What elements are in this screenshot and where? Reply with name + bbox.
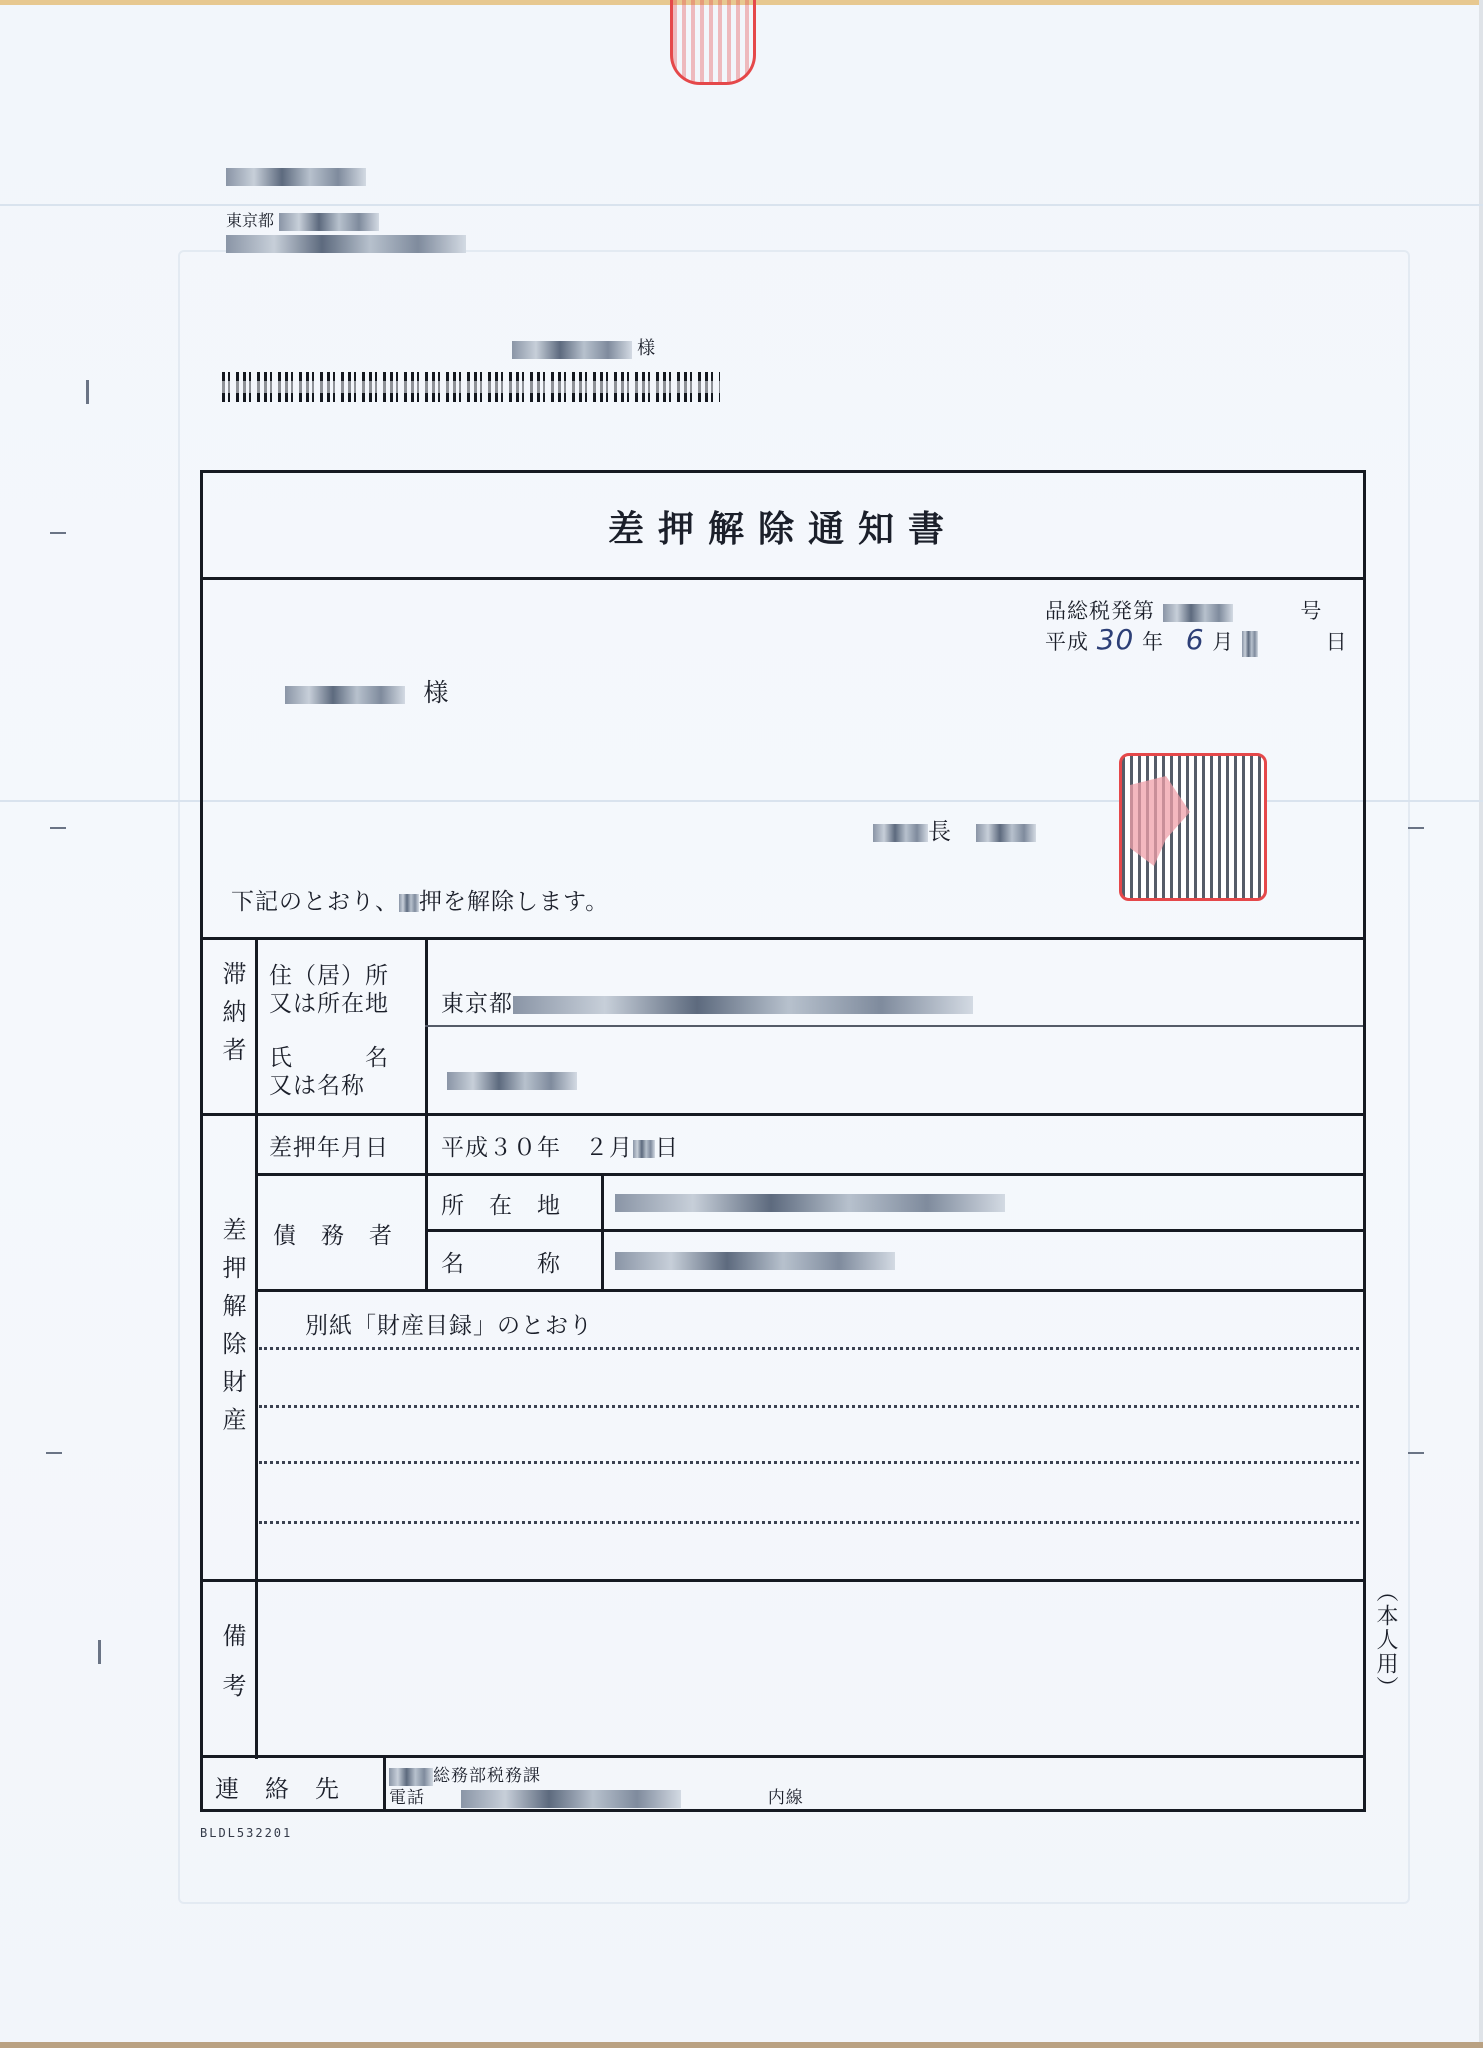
field-label-divider xyxy=(425,1113,428,1289)
paper-edge-bottom xyxy=(0,2042,1483,2048)
delinquent-name xyxy=(447,1067,577,1093)
redacted-postal-code xyxy=(226,168,366,186)
name-label-2: 又は名称 xyxy=(269,1067,365,1100)
redacted-address-value xyxy=(513,996,973,1014)
margin-mark xyxy=(86,380,89,404)
form-code: BLDL532201 xyxy=(200,1826,292,1840)
postal-code xyxy=(226,166,366,186)
redacted-debtor-name xyxy=(615,1252,895,1270)
contact-phone: 電話 内線 xyxy=(389,1783,804,1808)
date-era: 平成 xyxy=(1045,630,1089,654)
property-line xyxy=(259,1521,1359,1524)
paper-edge-right xyxy=(1479,0,1483,2048)
issuer-title: 長 xyxy=(928,819,952,845)
property-line xyxy=(259,1347,1359,1350)
official-seal-icon xyxy=(1119,753,1267,901)
table-top xyxy=(203,937,1363,940)
date-year-unit: 年 xyxy=(1142,630,1164,654)
release-notice-form: 差押解除通知書 品総税発第 号 平成 30 年 6 月 日 様 長 xyxy=(200,470,1366,1812)
margin-mark xyxy=(46,1452,62,1454)
margin-mark xyxy=(50,532,66,534)
address-value-prefix: 東京都 xyxy=(441,991,513,1017)
recipient-honorific: 様 xyxy=(637,338,655,359)
redacted-issuer-name xyxy=(976,824,1036,842)
section-divider xyxy=(203,1755,1363,1758)
statement: 下記のとおり、押を解除します。 xyxy=(231,883,609,916)
row-divider xyxy=(255,1289,1363,1292)
contact-label: 連 絡 先 xyxy=(215,1769,340,1804)
redacted-phone xyxy=(461,1790,681,1808)
redacted-recipient xyxy=(512,341,632,359)
partial-red-seal-icon xyxy=(670,0,756,85)
address-label-2: 又は所在地 xyxy=(269,985,389,1018)
redacted-location xyxy=(615,1194,1005,1212)
envelope-address: 東京都 xyxy=(226,208,466,253)
redacted-office xyxy=(873,824,928,842)
issue-date: 平成 30 年 6 月 日 xyxy=(1045,623,1348,657)
extension-label: 内線 xyxy=(768,1788,804,1808)
date-month: 6 xyxy=(1186,623,1205,656)
barcode-overlay xyxy=(222,372,720,402)
reference-prefix: 品総税発第 xyxy=(1045,599,1155,623)
paper-sheet: 東京都 様 差押解除通知書 品総税発第 号 平成 30 年 6 月 日 xyxy=(0,0,1483,2048)
envelope-recipient: 様 xyxy=(512,334,655,360)
statement-after: 押を解除します。 xyxy=(419,889,609,915)
property-line xyxy=(259,1461,1359,1464)
debtor-name-label: 名 称 xyxy=(441,1245,561,1278)
location-label: 所 在 地 xyxy=(441,1187,561,1220)
remarks-label: 備考 xyxy=(215,1623,250,1723)
margin-mark xyxy=(1408,1452,1424,1454)
delinquent-address: 東京都 xyxy=(441,985,973,1018)
issuer: 長 xyxy=(873,813,1036,846)
seizure-date-prefix: 平成３０年 ２月 xyxy=(441,1135,633,1161)
redacted-address-line-2 xyxy=(226,235,466,253)
property-line-1: 別紙「財産目録」のとおり xyxy=(305,1307,593,1340)
bleed-through-line xyxy=(0,204,1483,206)
delinquent-section-label: 滞納者 xyxy=(215,961,250,1075)
document-title: 差押解除通知書 xyxy=(203,501,1363,552)
phone-label: 電話 xyxy=(389,1788,425,1808)
row-divider xyxy=(255,1173,1363,1176)
addressee-honorific: 様 xyxy=(423,678,449,707)
row-divider xyxy=(425,1229,1363,1232)
addressee: 様 xyxy=(285,673,449,709)
debtor-location xyxy=(615,1189,1005,1215)
row-divider xyxy=(425,1025,1363,1027)
redacted-addressee xyxy=(285,686,405,704)
contact-divider xyxy=(383,1755,386,1811)
address-prefix: 東京都 xyxy=(226,211,274,230)
seizure-date-suffix: 日 xyxy=(655,1135,679,1161)
date-year: 30 xyxy=(1097,623,1135,656)
margin-mark xyxy=(98,1640,101,1664)
redacted-word xyxy=(399,894,419,912)
debtor-label: 債 務 者 xyxy=(273,1217,393,1250)
margin-mark xyxy=(50,827,66,829)
date-month-unit: 月 xyxy=(1212,630,1234,654)
debtor-name xyxy=(615,1247,895,1273)
title-divider xyxy=(203,577,1363,580)
released-property-section-label: 差押解除財産 xyxy=(215,1217,250,1445)
redacted-address xyxy=(279,213,379,231)
redacted-name-value xyxy=(447,1072,577,1090)
reference-suffix: 号 xyxy=(1300,599,1322,623)
label-column-divider xyxy=(255,937,258,1759)
section-divider xyxy=(203,1113,1363,1116)
redacted-day xyxy=(1242,631,1258,657)
margin-mark xyxy=(1408,827,1424,829)
redacted-reference xyxy=(1163,604,1233,622)
property-line xyxy=(259,1405,1359,1408)
date-day-unit: 日 xyxy=(1326,630,1348,654)
seizure-date-label: 差押年月日 xyxy=(269,1129,389,1162)
section-divider xyxy=(203,1579,1363,1582)
reference-number: 品総税発第 号 xyxy=(1045,595,1322,625)
statement-before: 下記のとおり、 xyxy=(231,889,399,915)
seizure-date: 平成３０年 ２月日 xyxy=(441,1129,679,1162)
copy-label: （本人用） xyxy=(1370,1580,1401,1700)
redacted-seizure-day xyxy=(633,1140,655,1158)
